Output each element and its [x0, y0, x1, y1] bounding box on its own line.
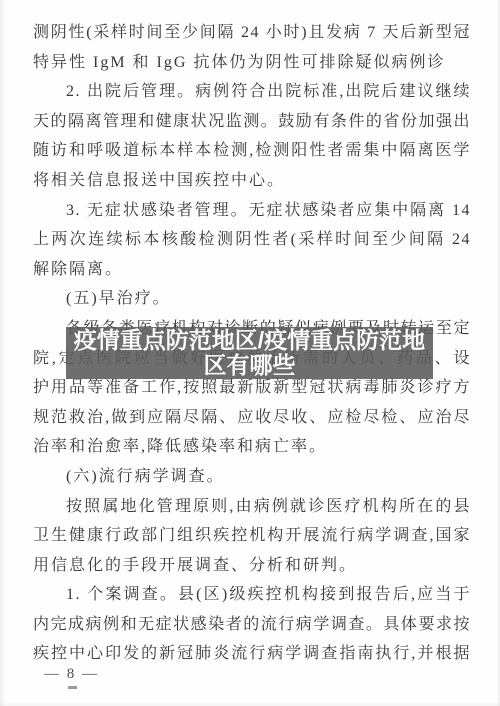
document-line: 1. 个案调查。县(区)级疾控机构接到报告后,应当于 24 小时: [33, 580, 471, 610]
document-section-heading: (六)流行病学调查。: [33, 462, 471, 492]
document-line: 3. 无症状感染者管理。无症状感染者应集中隔离 14 天,原则: [33, 196, 471, 226]
page-edge-bottom-shadow: [0, 702, 500, 706]
document-line: 测阴性(采样时间至少间隔 24 小时)且发病 7 天后新型冠状病毒: [33, 18, 471, 48]
scanned-document-page: 测阴性(采样时间至少间隔 24 小时)且发病 7 天后新型冠状病毒 特异性 Ig…: [0, 0, 500, 706]
document-line: 卫生健康行政部门组织疾控机构开展流行病学调查,国家支持采: [33, 521, 471, 551]
document-line: 天的隔离管理和健康状况监测。鼓励有条件的省份加强出院病例: [33, 107, 471, 137]
caption-title-line2: 区有哪些: [204, 353, 296, 379]
document-line: 随访和呼吸道标本样本检测,检测阳性者需集中隔离医学观察,并: [33, 136, 471, 166]
document-line: 治率和治愈率,降低感染率和病亡率。: [33, 432, 471, 462]
document-line: 将相关信息报送中国疾控中心。: [33, 166, 471, 196]
document-line: 按照属地化管理原则,由病例就诊医疗机构所在的县(区)级: [33, 492, 471, 522]
document-line: 内完成病例和无症状感染者的流行病学调查。具体要求按照中国: [33, 610, 471, 640]
document-line: 特异性 IgM 和 IgG 抗体仍为阴性可排除疑似病例诊断。: [33, 48, 471, 78]
page-number: — 8 —: [44, 664, 99, 684]
document-line: 2. 出院后管理。病例符合出院标准,出院后建议继续进行 14: [33, 77, 471, 107]
document-line: 上两次连续标本核酸检测阴性者(采样时间至少间隔 24 小时)可: [33, 225, 471, 255]
document-line: 解除隔离。: [33, 255, 471, 285]
document-line: 规范救治,做到应隔尽隔、应收尽收、应检尽检、应治尽治,提高收: [33, 403, 471, 433]
scan-artifact: [68, 686, 77, 689]
caption-overlay: 疫情重点防范地区/疫情重点防范地 区有哪些: [66, 327, 433, 379]
document-line: 用信息化的手段开展调查、分析和研判。: [33, 551, 471, 581]
caption-title-line1: 疫情重点防范地区/疫情重点防范地: [74, 328, 425, 354]
document-section-heading: (五)早治疗。: [33, 284, 471, 314]
page-edge-left-shadow: [0, 0, 6, 706]
